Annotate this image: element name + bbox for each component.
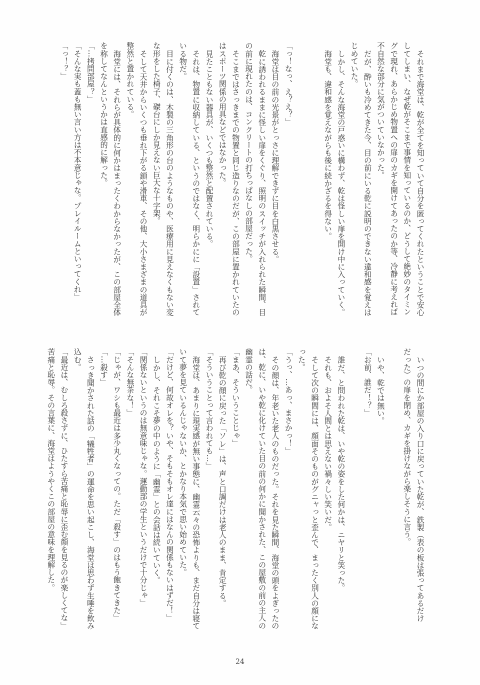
text-line: その顔は、年老いた老人のものだった。それを見た瞬間、海堂の頭をよぎったの: [269, 348, 282, 630]
blank-line: [308, 42, 321, 324]
text-line: 幽霊の話だ。: [242, 348, 255, 630]
text-line: 再び乾の顔に戻った「ソレ」は、声と口調だけは老人のまま、肯定する。: [216, 348, 229, 630]
text-line: は、乾に、いや乾に化けていた目の前の何かに聞かされた、この屋敷の前の主人の: [256, 348, 269, 630]
text-line: 海堂は、あまりに現実感が無い事態に、幽霊云々の恐怖よりも、まだ自分は寝て: [190, 348, 203, 630]
dialogue-line: 「そういうことって言われても…」: [203, 348, 216, 630]
dialogue-line: 「…拷問部屋？」: [84, 42, 97, 324]
text-line: 込む。: [71, 348, 84, 630]
page-number: 24: [0, 658, 480, 666]
dialogue-line: 「っ！なっ、え？え？」: [282, 42, 295, 324]
dialogue-line: 「じゃが、ワシも最近は多少丸くなっての。ただ「殺す」のはもう飽きてきた」: [111, 348, 124, 630]
dialogue-line: 「関係ないというのは無意味じゃな。運動部の学生というだけで十分じゃ」: [137, 348, 150, 630]
text-line: そして天井からいくつも垂れ下がる鎖や滑車、その他、大小さまざまの道具が: [137, 42, 150, 324]
text-line: しかし、それこそ夢の中のように「幽霊」との会話は続いていく。: [150, 348, 163, 630]
text-line: いて夢を見ているんじゃないか、とかなり本気で思い始めていた。: [176, 348, 189, 630]
text-line: それまで海堂は、乾が全てを知っていて自分を匿ってくれたということで安心: [414, 42, 427, 324]
text-line: じめていた。: [348, 42, 361, 324]
document-page: それまで海堂は、乾が全てを知っていて自分を匿ってくれたということで安心 してしま…: [0, 0, 480, 685]
text-line: を称してなんというかは直感的に解った。: [97, 42, 110, 324]
text-line: 整然と置かれている。: [124, 42, 137, 324]
text-line: 海堂には、それらが具体的に何かはまったくわからなかったが、この部屋全体: [111, 42, 124, 324]
dialogue-line: 「だけど、何故オレを？いや、そもそもオレ達にはなんの関係もないはずだ！」: [163, 348, 176, 630]
text-line: グで現れ、あらかじめ物置への扉のカギを開けてあったのか等、冷静に考えれば: [387, 42, 400, 324]
text-line: そして次の瞬間には、顔面そのものがグニャっと歪んで、まったく別人の顔にな: [308, 348, 321, 630]
text-line: さっき聞かされた話の「犠牲者」の運命を思い起こし、海堂は思わず生唾を飲み: [84, 348, 97, 630]
dialogue-line: 「…殺す」: [97, 348, 110, 630]
dialogue-line: 「そんな無茶な！」: [124, 348, 137, 630]
text-line: しかし、そんな海堂の戸惑いに構わず、乾は怪しい扉を開け中に入っていく。: [335, 42, 348, 324]
text-line: 苦痛と恥辱。その言葉に、海堂はようやくこの部屋の意味を理解した。: [45, 348, 58, 630]
dialogue-line: 「まあ、そういうことじゃ」: [229, 348, 242, 630]
text-line: 見たこともない器具が、いくつも整然と配置されている。: [203, 42, 216, 324]
blank-line: [348, 348, 361, 630]
text-block-lower: いつの間にか部屋の入り口に戻っていた乾が、鉄製（表の板は張ってあるだけ だった）…: [45, 348, 427, 630]
text-line: 誰だ、と問われた乾は、いや乾の姿をした何かは、ニヤリと笑った。: [335, 348, 348, 630]
text-line: いる物だ。: [176, 42, 189, 324]
blank-line: [387, 348, 400, 630]
dialogue-line: 「お前、誰だ！？」: [361, 348, 374, 630]
text-line: それも、およそ人間とは思えない禍々しい笑いだ。: [322, 348, 335, 630]
dialogue-line: 「っ！？」: [58, 42, 71, 324]
text-block-upper: それまで海堂は、乾が全てを知っていて自分を匿ってくれたということで安心 してしま…: [58, 42, 427, 324]
dialogue-line: 「最近は、むしろ殺さずに、ひたすら苦痛と恥辱に歪む顔を見るのが楽しくてな」: [58, 348, 71, 630]
text-line: な形をした椅子、磔台にしか見えない巨大な十字架。: [150, 42, 163, 324]
text-line: 目に付くのは、木製の三角形の台のようなものや、医療用に見えなくもない変: [163, 42, 176, 324]
text-line: 不自然な部分に気がついていなかった。: [374, 42, 387, 324]
text-line: いつの間にか部屋の入り口に戻っていた乾が、鉄製（表の板は張ってあるだけ: [414, 348, 427, 630]
text-line: そこまではさっきまでの物置と同じ造りなのだが、この部屋に置かれていたの: [229, 42, 242, 324]
text-line: だが、酔いも冷めてきた今、目の前にいる乾に説明のできない違和感を覚えは: [361, 42, 374, 324]
text-line: った。: [295, 348, 308, 630]
text-line: 海堂は目の前の光景がとっさに理解できずに目を白黒させる。: [269, 42, 282, 324]
text-line: それは、物置に収納している、というのではなく、明らかにに「設置」されて: [190, 42, 203, 324]
text-line: してしまい、なぜ乾がそこまで事情を知っているのか、どうして絶妙のタイミン: [401, 42, 414, 324]
text-line: 乾に誘われるままに怪しい扉をくぐり、照明のスイッチが入れられた瞬間、目: [256, 42, 269, 324]
text-line: の前に現れたのは、コンクリートの打ちっぱなしの部屋だった。: [242, 42, 255, 324]
text-line: いや、乾では無い。: [374, 348, 387, 630]
blank-line: [295, 42, 308, 324]
dialogue-line: 「そんな実も蓋も無い言い方は不本意じゃな。プレイルームといってくれ」: [71, 42, 84, 324]
text-line: だった）の扉を閉め、カギを掛けながら楽しそうに言う。: [401, 348, 414, 630]
text-line: 海堂も、違和感を覚えながらも後に続かざるを得ない。: [322, 42, 335, 324]
dialogue-line: 「うっ、…あっ、まさかっ！」: [282, 348, 295, 630]
text-line: はスポーツ関係の用具などではなかった。: [216, 42, 229, 324]
